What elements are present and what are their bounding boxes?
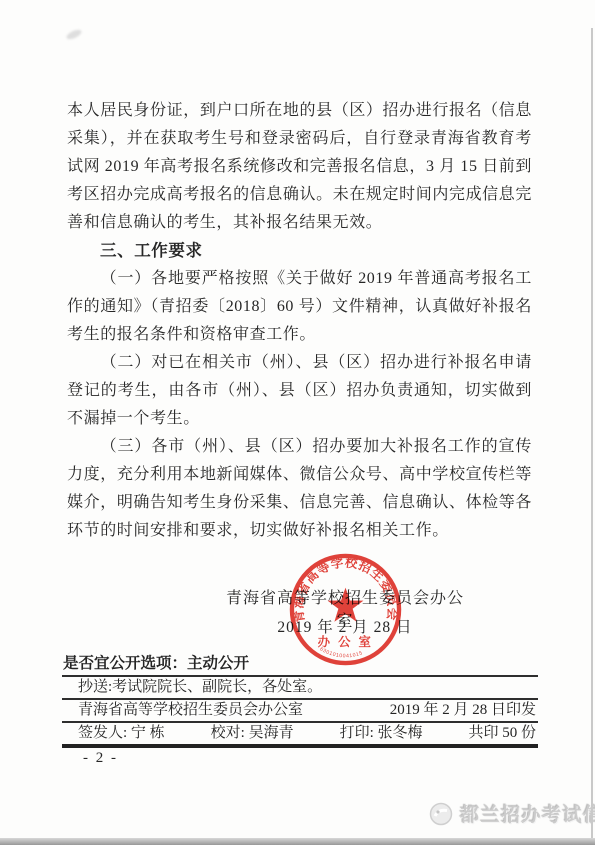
copies-count: 共印 50 份 (468, 725, 536, 742)
issuing-row: 青海省高等学校招生委员会办公室 2019 年 2 月 28 日印发 (62, 700, 538, 723)
document-body: 本人居民身份证，到户口所在地的县（区）招办进行报名（信息采集），并在获取考生号和… (67, 97, 532, 545)
disclosure-row: 是否宜公开选项：主动公开 (62, 655, 538, 677)
issuing-organization: 青海省高等学校招生委员会办公室 (78, 702, 303, 719)
printer: 打印: 张冬梅 (340, 725, 423, 742)
seal-office-text: 办 公 室 (318, 634, 374, 649)
seal-star-icon (328, 588, 364, 622)
signer: 签发人: 宁 栋 (78, 725, 165, 742)
official-seal: 青海省高等学校招生委员会 办 公 室 6301010041015 (286, 550, 405, 669)
footer-distribution-table: 是否宜公开选项：主动公开 抄送:考试院院长、副院长，各处室。 青海省高等学校招生… (62, 655, 538, 748)
watermark-logo-icon (428, 801, 454, 827)
print-date: 2019 年 2 月 28 日印发 (390, 702, 536, 719)
page-number: - 2 - (83, 750, 118, 767)
scan-edge-right (591, 28, 593, 845)
scanned-document-page: 本人居民身份证，到户口所在地的县（区）招办进行报名（信息采集），并在获取考生号和… (0, 0, 595, 845)
scan-smudge (65, 28, 82, 41)
staff-row: 签发人: 宁 栋 校对: 吴海青 打印: 张冬梅 共印 50 份 (62, 723, 538, 748)
scan-edge-bottom (0, 838, 595, 845)
body-paragraph-2: （二）对已在相关市（州）、县（区）招办进行补报名申请登记的考生，由各市（州）、县… (67, 349, 532, 433)
body-paragraph-continuation: 本人居民身份证，到户口所在地的县（区）招办进行报名（信息采集），并在获取考生号和… (67, 97, 532, 237)
cc-row: 抄送:考试院院长、副院长，各处室。 (62, 677, 538, 700)
watermark-text: 都兰招办考试信息 (460, 800, 595, 827)
proofreader: 校对: 吴海青 (211, 725, 294, 742)
watermark: 都兰招办考试信息 (428, 800, 595, 827)
body-paragraph-3: （三）各市（州）、县（区）招办要加大补报名工作的宣传力度，充分利用本地新闻媒体、… (67, 433, 532, 545)
section-heading: 三、工作要求 (67, 237, 532, 265)
body-paragraph-1: （一）各地要严格按照《关于做好 2019 年普通高考报名工作的通知》（青招委〔2… (67, 265, 532, 349)
